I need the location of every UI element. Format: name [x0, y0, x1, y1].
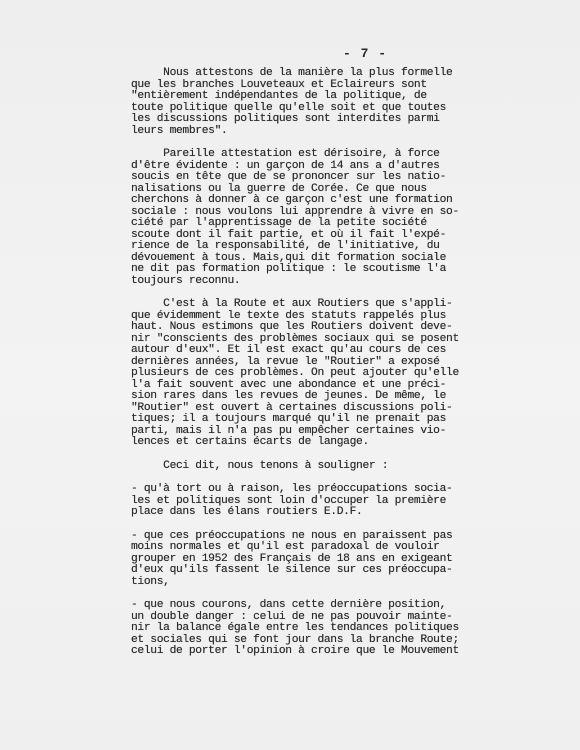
paragraph-pareille: Pareille attestation est dérisoire, à fo…	[131, 149, 501, 287]
text-line: autour d'eux". Et il est exact qu'au cou…	[131, 345, 501, 357]
text-line: d'eux qu'ils fassent le silence sur ces …	[131, 565, 501, 577]
text-line: - qu'à tort ou à raison, les préoccupati…	[131, 484, 501, 496]
text-line: toujours reconnu.	[131, 276, 501, 288]
text-line: place dans les élans routiers E.D.F.	[131, 507, 501, 519]
text-line: "entièrement indépendantes de la politiq…	[131, 91, 501, 103]
list-item-1: - qu'à tort ou à raison, les préoccupati…	[131, 484, 501, 519]
list-item-3: - que nous courons, dans cette dernière …	[131, 600, 501, 658]
text-line: lences et certains écarts de langage.	[131, 437, 501, 449]
text-line: moins normales et qu'il est paradoxal de…	[131, 542, 501, 554]
text-line: tions,	[131, 577, 501, 589]
text-line: nir la balance égale entre les tendances…	[131, 623, 501, 635]
text-line: plusieurs de ces problèmes. On peut ajou…	[131, 368, 501, 380]
text-line: cherchons à donner à ce garçon c'est une…	[131, 195, 501, 207]
text-line: C'est à la Route et aux Routiers que s'a…	[131, 299, 501, 311]
text-line: rience de la responsabilité, de l'initia…	[131, 241, 501, 253]
text-line: haut. Nous estimons que les Routiers doi…	[131, 322, 501, 334]
text-line: ciété par l'apprentissage de la petite s…	[131, 218, 501, 230]
text-line: ne dit pas formation politique : le scou…	[131, 264, 501, 276]
paragraph-route: C'est à la Route et aux Routiers que s'a…	[131, 299, 501, 449]
paragraph-ceci-dit: Ceci dit, nous tenons à souligner :	[131, 461, 501, 473]
text-line: sion rares dans les revues de jeunes. De…	[131, 391, 501, 403]
list-item-2: - que ces préoccupations ne nous en para…	[131, 531, 501, 589]
text-line: Pareille attestation est dérisoire, à fo…	[131, 149, 501, 161]
text-line: - que nous courons, dans cette dernière …	[131, 600, 501, 612]
text-line: les discussions politiques sont interdit…	[131, 114, 501, 126]
text-line: Ceci dit, nous tenons à souligner :	[131, 461, 501, 473]
text-line: celui de porter l'opinion à croire que l…	[131, 646, 501, 658]
text-line: soucis en tête que de se prononcer sur l…	[131, 172, 501, 184]
document-page: - 7 - Nous attestons de la manière la pl…	[0, 0, 580, 750]
text-line: Nous attestons de la manière la plus for…	[131, 68, 501, 80]
text-line: leurs membres".	[131, 126, 501, 138]
paragraph-spacer	[131, 519, 501, 531]
document-body: Nous attestons de la manière la plus for…	[131, 68, 501, 658]
text-line: tiques; il a toujours marqué qu'il ne pr…	[131, 414, 501, 426]
page-number: - 7 -	[0, 46, 580, 61]
paragraph-attestation: Nous attestons de la manière la plus for…	[131, 68, 501, 137]
paragraph-spacer	[131, 449, 501, 461]
